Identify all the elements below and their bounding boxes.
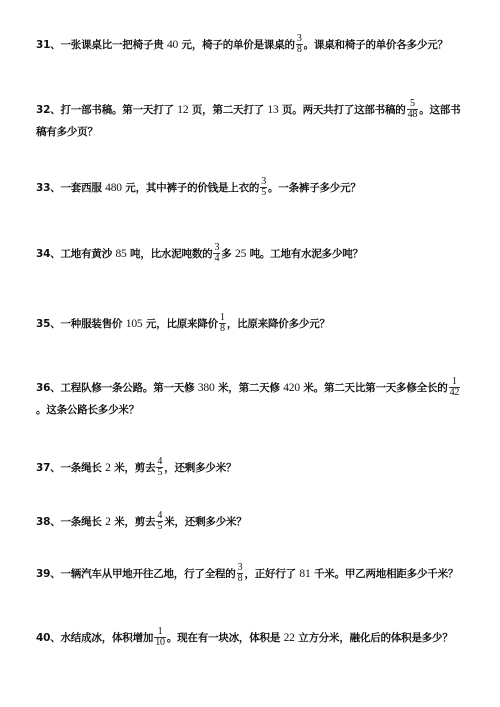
fraction-numerator: 1 (219, 313, 226, 323)
fraction-denominator: 8 (219, 323, 226, 334)
fraction-denominator: 5 (156, 467, 163, 478)
problem-text: 。现在有一块冰，体积是 (167, 632, 284, 644)
fraction: 45 (156, 457, 163, 478)
problem-text: 36、工程队修一条公路。第一天修 (36, 382, 198, 394)
number: 420 (283, 382, 300, 394)
number: 81 (299, 568, 310, 580)
problem-text: 元，椅子的单价是课桌的 (178, 39, 295, 51)
problem-text: 33、一套西服 (36, 182, 105, 194)
problem-text: 元，比原来降价 (142, 318, 218, 330)
problem-text: 页，第二天打了 (188, 104, 267, 116)
fraction-numerator: 3 (213, 243, 220, 253)
problem-text: 。课桌和椅子的单价各多少元？ (304, 39, 448, 51)
fraction-denominator: 42 (449, 387, 461, 398)
fraction-numerator: 3 (260, 177, 267, 187)
number: 40 (167, 39, 178, 51)
fraction-denominator: 8 (296, 44, 303, 55)
problem-text: 多 (221, 248, 235, 260)
problem-text: ，比原来降价多少元？ (227, 318, 330, 330)
problem-text: 米，剪去 (111, 462, 156, 474)
problem-text: 米，第二天修 (215, 382, 284, 394)
fraction-numerator: 1 (451, 377, 458, 387)
fraction-numerator: 3 (237, 563, 244, 573)
problem-text: 38、一条绳长 (36, 516, 105, 528)
problem-text: ，还剩多少米？ (164, 462, 236, 474)
problem-text: 40、水结成冰，体积增加 (36, 632, 153, 644)
problem-text: 吨。工地有水泥多少吨？ (246, 248, 363, 260)
problem-text: 吨，比水泥吨数的 (127, 248, 213, 260)
problem-34: 34、工地有黄沙 85 吨，比水泥吨数的34多 25 吨。工地有水泥多少吨？ (36, 243, 466, 265)
fraction-numerator: 4 (156, 457, 163, 467)
fraction: 34 (213, 243, 220, 264)
problem-37: 37、一条绳长 2 米，剪去45，还剩多少米？ (36, 457, 466, 479)
problem-31: 31、一张课桌比一把椅子贵 40 元，椅子的单价是课桌的38。课桌和椅子的单价各… (36, 34, 466, 56)
number: 480 (105, 182, 122, 194)
fraction: 142 (449, 377, 461, 398)
fraction-denominator: 5 (156, 521, 163, 532)
fraction: 110 (154, 627, 166, 648)
number: 12 (177, 104, 188, 116)
problem-39: 39、一辆汽车从甲地开往乙地，行了全程的38，正好行了 81 千米。甲乙两地相距… (36, 563, 466, 585)
problem-text: 31、一张课桌比一把椅子贵 (36, 39, 167, 51)
number: 85 (115, 248, 126, 260)
problem-33: 33、一套西服 480 元，其中裤子的价钱是上衣的35。一条裤子多少元？ (36, 177, 466, 199)
fraction-numerator: 5 (409, 99, 416, 109)
problem-text: 。一条裤子多少元？ (268, 182, 361, 194)
problem-36: 36、工程队修一条公路。第一天修 380 米，第二天修 420 米。第二天比第一… (36, 377, 466, 421)
problem-text: 米，还剩多少米？ (164, 516, 246, 528)
problem-text: 米。第二天比第一天多修全长的 (300, 382, 448, 394)
problem-text: 立方分米，融化后的体积是多少？ (295, 632, 453, 644)
problem-text: 元，其中裤子的价钱是上衣的 (122, 182, 259, 194)
problem-text: 千米。甲乙两地相距多少千米？ (311, 568, 459, 580)
fraction-denominator: 4 (213, 253, 220, 264)
problem-text: 34、工地有黄沙 (36, 248, 115, 260)
problem-text: 页。两天共打了这部书稿的 (279, 104, 406, 116)
fraction-denominator: 5 (260, 187, 267, 198)
number: 25 (235, 248, 246, 260)
fraction-numerator: 1 (157, 627, 164, 637)
problem-35: 35、一种服装售价 105 元，比原来降价18，比原来降价多少元？ (36, 313, 466, 335)
fraction: 45 (156, 511, 163, 532)
fraction: 38 (296, 34, 303, 55)
problem-text: ，正好行了 (244, 568, 299, 580)
number: 22 (284, 632, 295, 644)
fraction-numerator: 4 (156, 511, 163, 521)
fraction-denominator: 8 (237, 573, 244, 584)
fraction-denominator: 10 (154, 637, 166, 648)
problem-text: 35、一种服装售价 (36, 318, 126, 330)
problem-40: 40、水结成冰，体积增加110。现在有一块冰，体积是 22 立方分米，融化后的体… (36, 627, 466, 649)
problem-text: 米，剪去 (111, 516, 156, 528)
fraction-denominator: 48 (407, 109, 419, 120)
problem-32: 32、打一部书稿。第一天打了 12 页，第二天打了 13 页。两天共打了这部书稿… (36, 99, 466, 143)
number: 13 (267, 104, 278, 116)
number: 105 (126, 318, 143, 330)
problem-text: 37、一条绳长 (36, 462, 105, 474)
number: 380 (198, 382, 215, 394)
fraction: 38 (237, 563, 244, 584)
fraction: 548 (407, 99, 419, 120)
problem-text: 。这条公路长多少米？ (36, 404, 139, 416)
problem-text: 32、打一部书稿。第一天打了 (36, 104, 177, 116)
fraction: 18 (219, 313, 226, 334)
problem-38: 38、一条绳长 2 米，剪去45米，还剩多少米？ (36, 511, 466, 533)
fraction: 35 (260, 177, 267, 198)
fraction-numerator: 3 (296, 34, 303, 44)
problem-text: 39、一辆汽车从甲地开往乙地，行了全程的 (36, 568, 236, 580)
